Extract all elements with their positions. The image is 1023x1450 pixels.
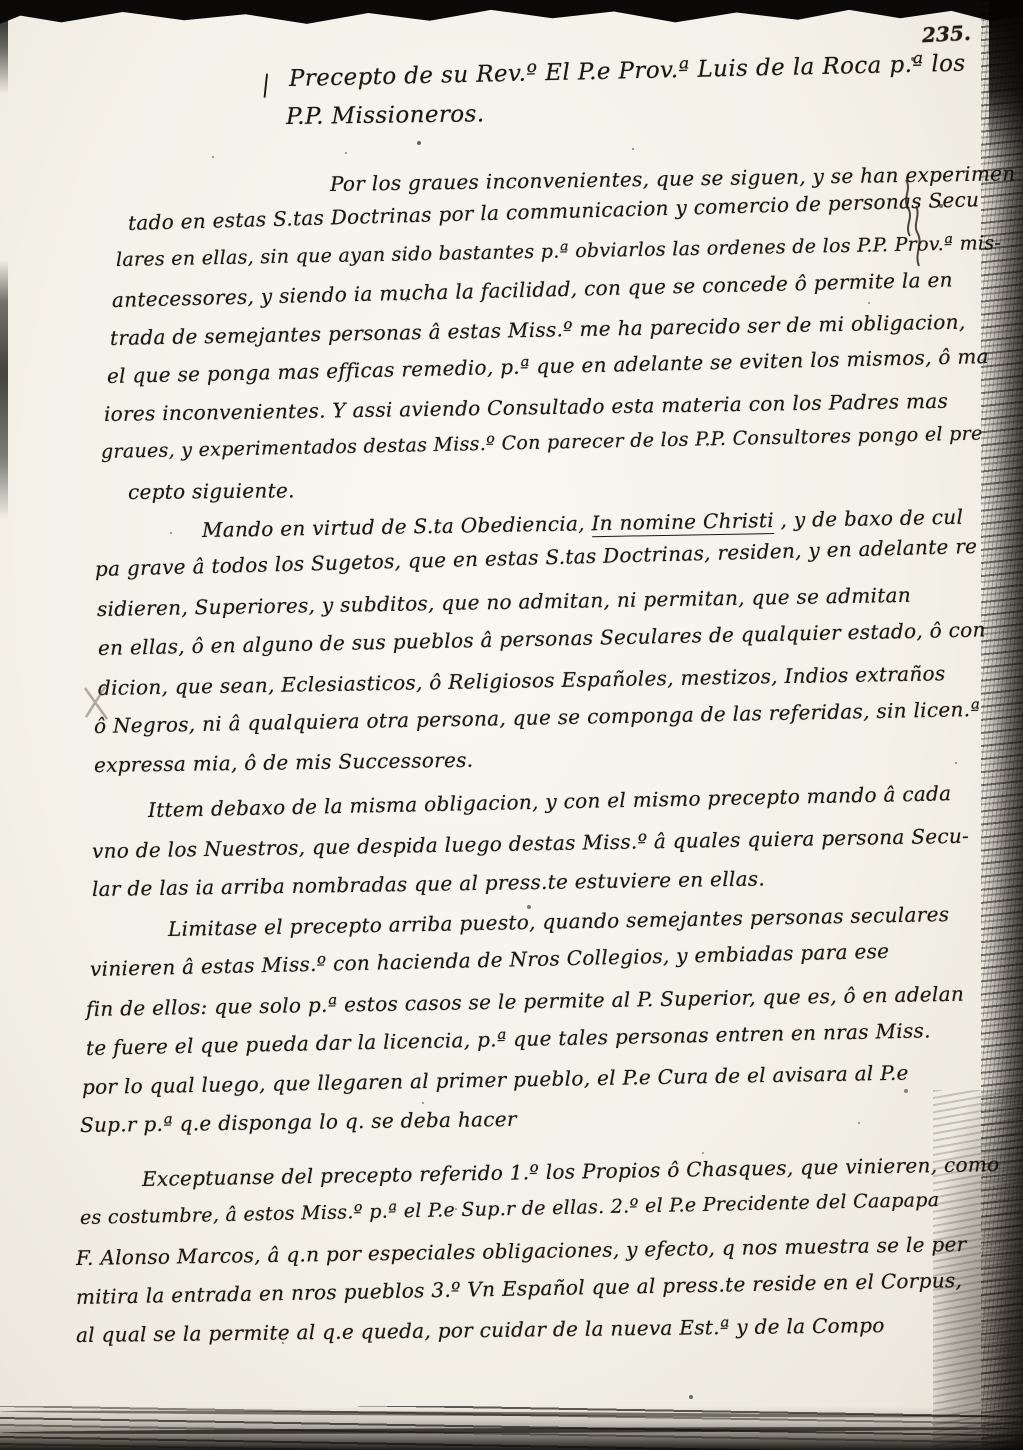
mando-post: , y de baxo de cul (774, 505, 964, 532)
manuscript-line: cepto siguiente. (128, 478, 295, 504)
scan-edge-left (0, 0, 8, 520)
margin-ink-squiggle (898, 178, 926, 273)
scan-corner-top-right (989, 0, 1023, 165)
page-number: 235. (921, 21, 971, 48)
scan-edge-bottom (0, 1406, 1023, 1450)
margin-x-mark (80, 686, 112, 722)
title-line-2: P.P. Missioneros. (286, 101, 485, 130)
scan-corner-bottom-right (933, 1090, 1023, 1450)
mando-underlined-phrase: In nomine Christi (591, 508, 774, 537)
